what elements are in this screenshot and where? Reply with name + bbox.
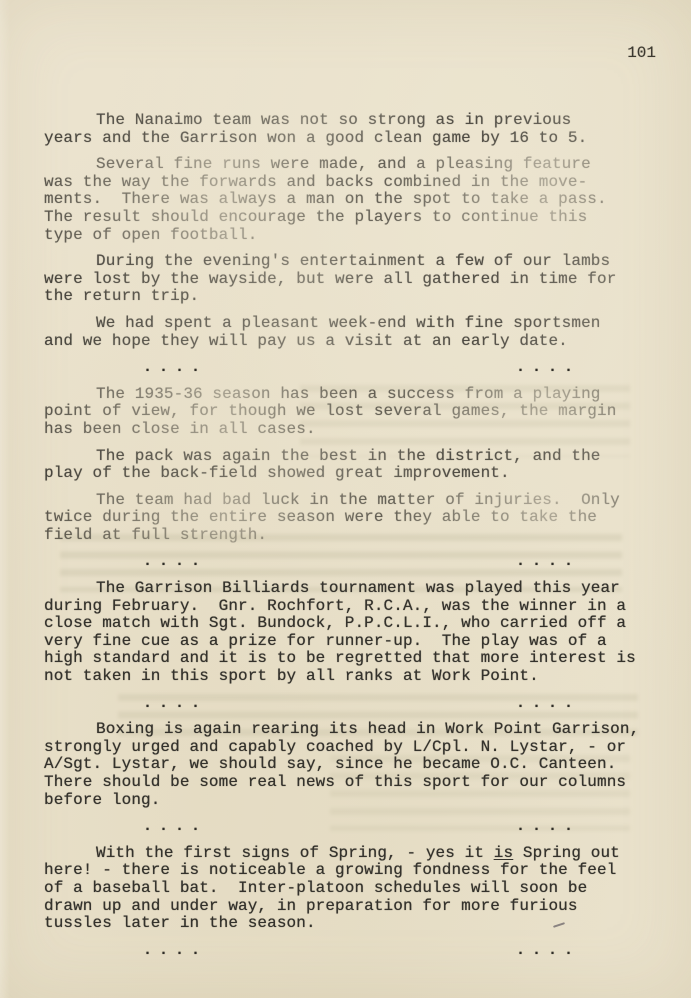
paragraph-weekend: We had spent a pleasant week-end with fi…: [44, 315, 691, 350]
section-separator: .... ....: [44, 553, 684, 571]
separator-dots: ....: [516, 359, 580, 377]
separator-dots: ....: [516, 695, 580, 713]
document-page: 101 The Nanaimo team was not so strong a…: [0, 0, 691, 998]
separator-dots: ....: [143, 553, 207, 571]
section-separator: .... ....: [44, 695, 684, 713]
separator-dots: ....: [143, 359, 207, 377]
separator-dots: ....: [143, 818, 207, 836]
section-separator: .... ....: [44, 818, 684, 836]
paragraph-evening-lambs: During the evening's entertainment a few…: [44, 253, 691, 306]
paragraph-boxing: Boxing is again rearing its head in Work…: [44, 721, 691, 809]
paragraph-injuries: The team had bad luck in the matter of i…: [44, 492, 691, 545]
paragraph-billiards: The Garrison Billiards tournament was pl…: [44, 580, 691, 686]
separator-dots: ....: [516, 553, 580, 571]
paragraph-season-success: The 1935-36 season has been a success fr…: [44, 386, 691, 439]
paragraph-pack-best: The pack was again the best in the distr…: [44, 448, 691, 483]
paragraph-fine-runs: Several fine runs were made, and a pleas…: [44, 156, 691, 244]
paragraph-spring-baseball: With the first signs of Spring, - yes it…: [44, 845, 691, 933]
page-number: 101: [44, 44, 656, 62]
section-separator: .... ....: [44, 942, 684, 960]
paragraph-text: With the first signs of Spring, - yes it: [96, 844, 494, 862]
separator-dots: ....: [143, 942, 207, 960]
separator-dots: ....: [516, 942, 580, 960]
paragraph-nanaimo-game: The Nanaimo team was not so strong as in…: [44, 112, 691, 147]
section-separator: .... ....: [44, 359, 684, 377]
separator-dots: ....: [143, 695, 207, 713]
underlined-word: is: [494, 844, 513, 862]
separator-dots: ....: [516, 818, 580, 836]
